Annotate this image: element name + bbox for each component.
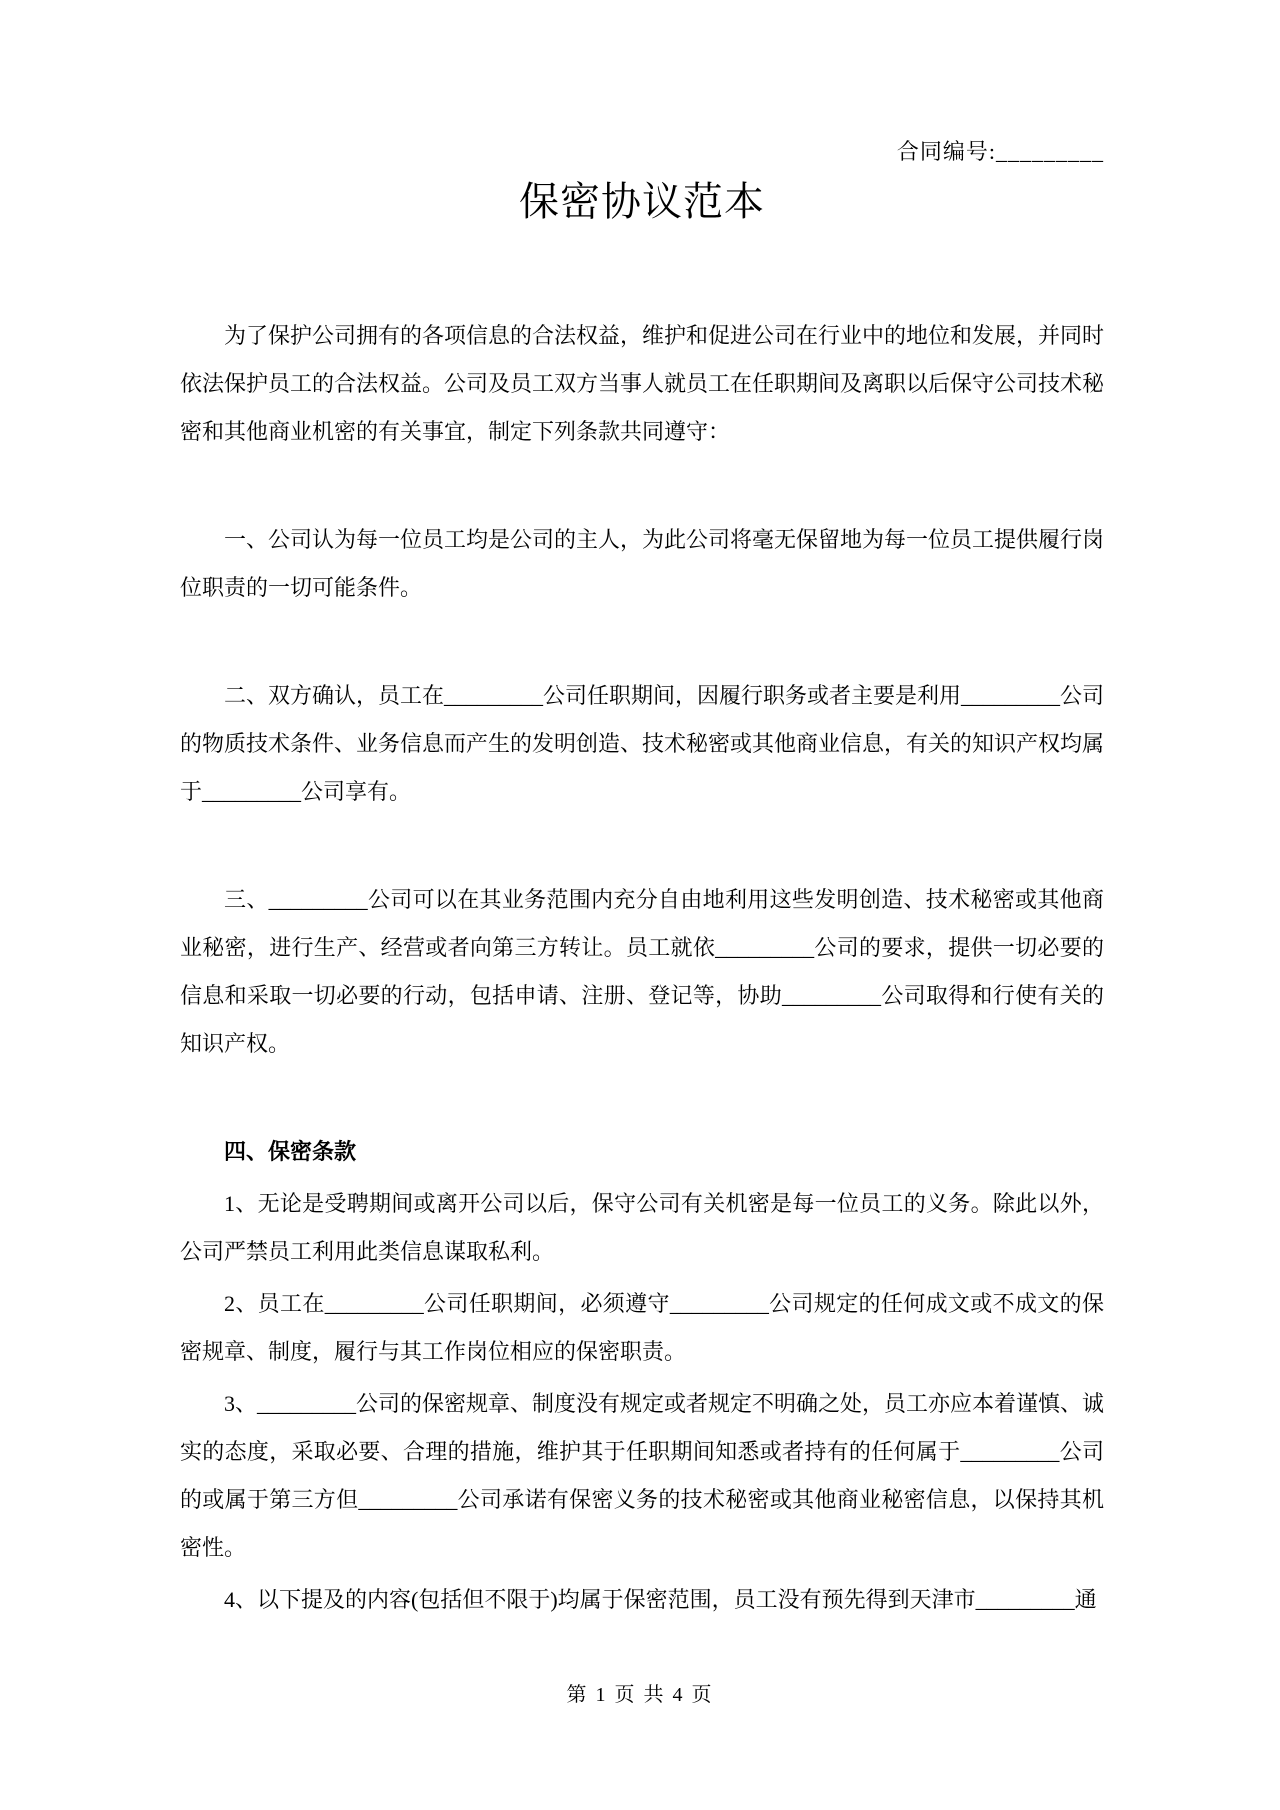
- clause-4-item-3: 3、_________公司的保密规章、制度没有规定或者规定不明确之处，员工亦应本…: [180, 1380, 1104, 1572]
- clause-1: 一、公司认为每一位员工均是公司的主人，为此公司将毫无保留地为每一位员工提供履行岗…: [180, 516, 1104, 612]
- contract-number-line: 合同编号:_________: [180, 138, 1104, 166]
- clause-4-item-1: 1、无论是受聘期间或离开公司以后，保守公司有关机密是每一位员工的义务。除此以外，…: [180, 1180, 1104, 1276]
- clause-3: 三、_________公司可以在其业务范围内充分自由地利用这些发明创造、技术秘密…: [180, 876, 1104, 1068]
- document-content: 合同编号:_________ 保密协议范本 为了保护公司拥有的各项信息的合法权益…: [180, 0, 1104, 1624]
- paragraph-intro: 为了保护公司拥有的各项信息的合法权益，维护和促进公司在行业中的地位和发展，并同时…: [180, 312, 1104, 456]
- document-page: 合同编号:_________ 保密协议范本 为了保护公司拥有的各项信息的合法权益…: [0, 0, 1280, 1810]
- clause-4-heading: 四、保密条款: [180, 1128, 1104, 1176]
- clause-4-item-2: 2、员工在_________公司任职期间，必须遵守_________公司规定的任…: [180, 1280, 1104, 1376]
- document-title: 保密协议范本: [180, 176, 1104, 228]
- clause-2: 二、双方确认，员工在_________公司任职期间，因履行职务或者主要是利用__…: [180, 672, 1104, 816]
- page-number-footer: 第 1 页 共 4 页: [0, 1680, 1280, 1710]
- clause-4-item-4: 4、以下提及的内容(包括但不限于)均属于保密范围，员工没有预先得到天津市____…: [180, 1576, 1104, 1624]
